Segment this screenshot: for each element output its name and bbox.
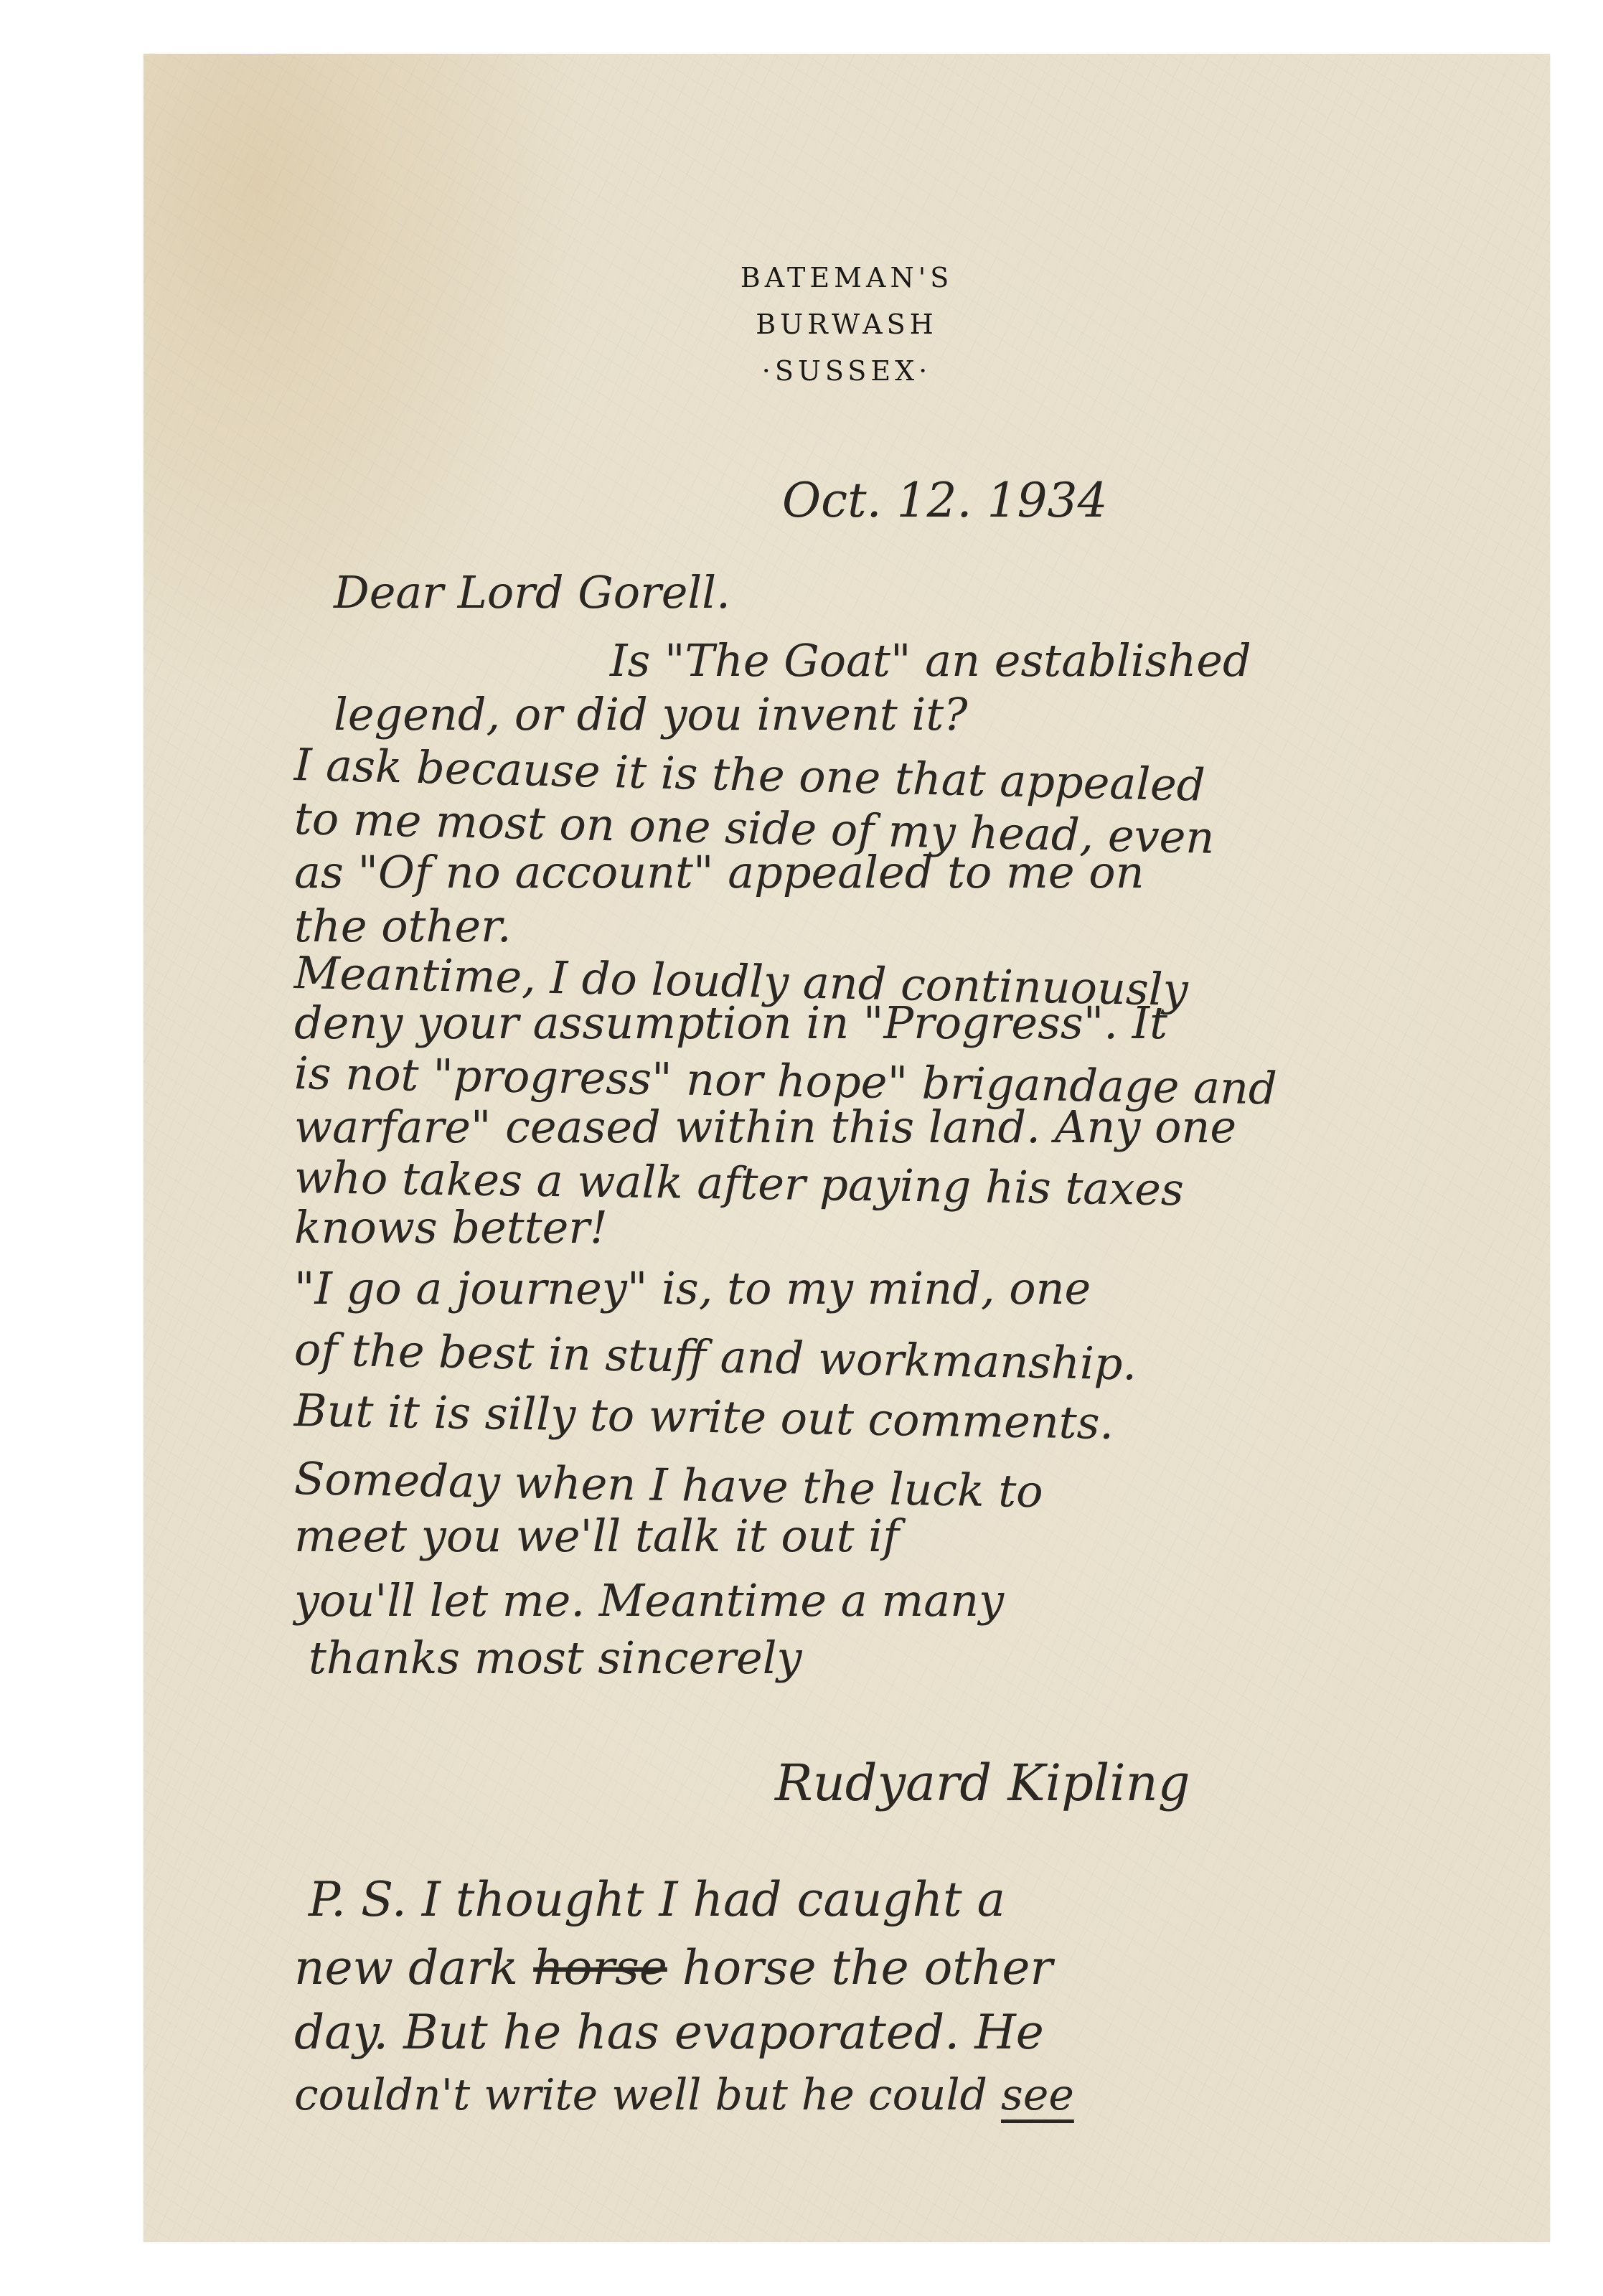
underlined-word: see (1001, 2070, 1074, 2120)
postscript-text: couldn't write well but he could (294, 2070, 1001, 2120)
body-line: Is "The Goat" an established (610, 639, 1251, 683)
signature: Rudyard Kipling (775, 1758, 1190, 1808)
letter-paper: BATEMAN'S BURWASH ·SUSSEX· Oct. 12. 1934… (144, 54, 1550, 2242)
salutation: Dear Lord Gorell. (334, 570, 730, 615)
letterhead-line-3: ·SUSSEX· (144, 357, 1550, 385)
body-line: deny your assumption in "Progress". It (294, 1001, 1167, 1045)
postscript-text: new dark (294, 1940, 533, 1995)
letterhead-line-2: BURWASH (144, 311, 1550, 338)
postscript-line: day. But he has evaporated. He (294, 2009, 1044, 2056)
struck-word: horse (533, 1940, 667, 1995)
body-line: knows better! (294, 1205, 608, 1250)
letter-date: Oct. 12. 1934 (782, 477, 1107, 524)
postscript-line: couldn't write well but he could see (294, 2074, 1074, 2117)
postscript-line: P. S. I thought I had caught a (309, 1876, 1005, 1924)
body-line: But it is silly to write out comments. (294, 1388, 1114, 1446)
body-line: the other. (294, 904, 512, 949)
postscript-text: horse the other (667, 1940, 1053, 1995)
body-line: Someday when I have the luck to (293, 1457, 1043, 1514)
letterhead-line-1: BATEMAN'S (144, 264, 1550, 291)
body-line: of the best in stuff and workmanship. (293, 1327, 1137, 1386)
body-line: meet you we'll talk it out if (294, 1514, 899, 1558)
body-line: you'll let me. Meantime a many (294, 1578, 1004, 1623)
body-line: thanks most sincerely (309, 1636, 802, 1680)
body-line: legend, or did you invent it? (334, 692, 968, 737)
body-line: warfare" ceased within this land. Any on… (294, 1105, 1236, 1149)
body-line: as "Of no account" appealed to me on (294, 850, 1144, 895)
postscript-line: new dark horse horse the other (294, 1944, 1053, 1992)
body-line: "I go a journey" is, to my mind, one (294, 1266, 1091, 1311)
